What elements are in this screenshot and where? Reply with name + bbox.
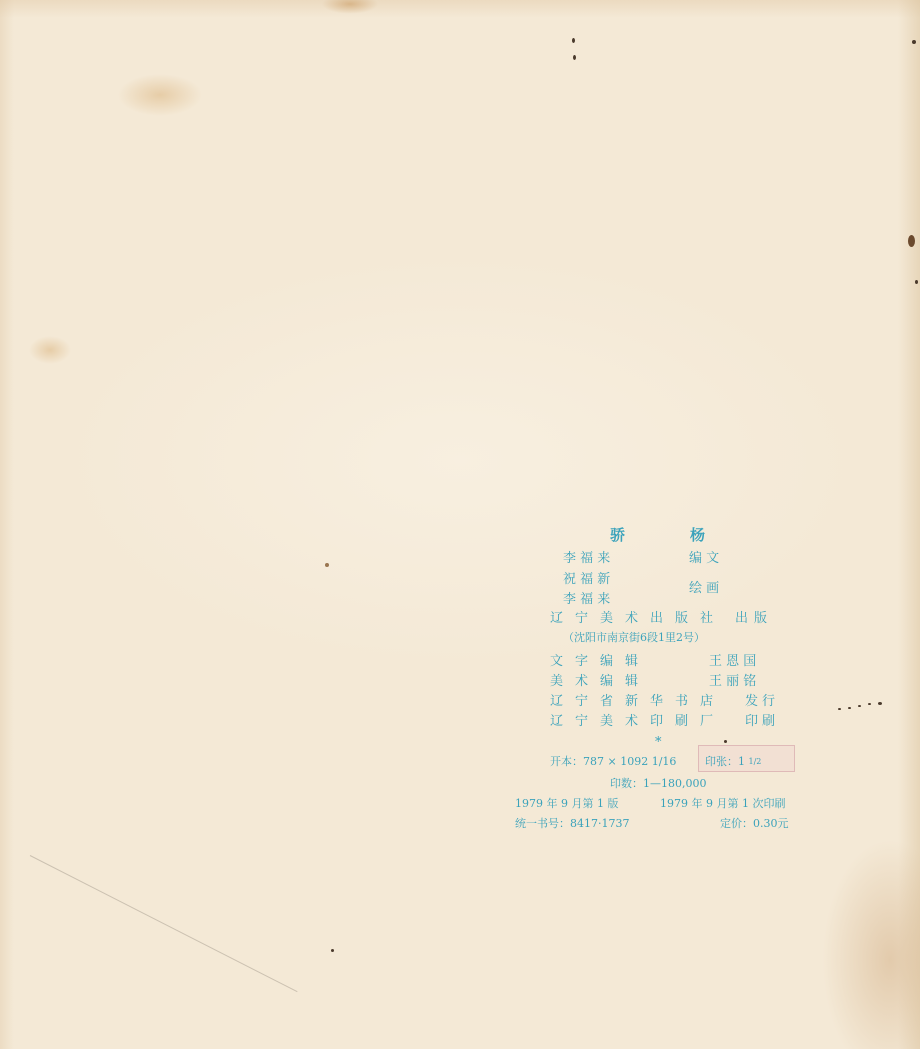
speck [838, 708, 841, 710]
speck [915, 280, 918, 284]
price-value: 0.30元 [753, 817, 789, 830]
speck [331, 949, 334, 952]
speck [912, 40, 916, 44]
format-line: 开本：787 × 1092 1/16 [550, 752, 676, 771]
publisher-action: 出版 [735, 609, 773, 628]
sheets-label: 印张： [705, 755, 738, 768]
title-right: 杨 [690, 526, 705, 545]
print-run-value: 1—180,000 [643, 777, 707, 790]
sheets-whole: 1 [738, 755, 745, 768]
speck [573, 55, 576, 60]
distributor-name: 辽宁省新华书店 [550, 692, 725, 711]
credit-name: 李 福 来 [563, 549, 610, 568]
publisher-name: 辽宁美术出版社 [550, 609, 725, 628]
book-number-value: 8417·1737 [570, 817, 630, 830]
print-run-line: 印数：1—180,000 [610, 774, 707, 793]
credit-role: 编 文 [689, 549, 719, 568]
book-number-line: 统一书号：8417·1737 [515, 814, 630, 833]
sheets-line: 印张：1 1/2 [705, 752, 761, 771]
text-editor-name: 王 恩 国 [709, 652, 756, 671]
printer-name: 辽宁美术印刷厂 [550, 712, 725, 731]
speck [572, 38, 575, 43]
speck [325, 563, 329, 567]
art-editor-name: 王 丽 铭 [709, 672, 756, 691]
art-editor-label: 美术编辑 [550, 672, 650, 691]
edition-line: 1979 年 9 月第 1 版 [515, 794, 618, 813]
distributor-action: 发行 [745, 692, 779, 711]
speck [908, 235, 915, 247]
separator-asterisk: * [655, 733, 662, 752]
speck [858, 705, 861, 707]
printing-line: 1979 年 9 月第 1 次印刷 [660, 794, 785, 813]
book-number-label: 统一书号： [515, 817, 570, 830]
speck [848, 707, 851, 709]
speck [878, 702, 882, 705]
format-label: 开本： [550, 755, 583, 768]
speck [868, 703, 871, 705]
print-run-label: 印数： [610, 777, 643, 790]
sheets-fraction: 1/2 [749, 758, 762, 766]
credit-name: 祝 福 新 [563, 570, 610, 589]
format-fraction: 1/16 [652, 755, 677, 768]
credit-role: 绘 画 [689, 579, 719, 598]
credit-name: 李 福 来 [563, 590, 610, 609]
printer-action: 印刷 [745, 712, 779, 731]
title-left: 骄 [610, 526, 625, 545]
price-label: 定价： [720, 817, 753, 830]
text-editor-label: 文字编辑 [550, 652, 650, 671]
price-line: 定价：0.30元 [720, 814, 789, 833]
speck [724, 740, 727, 743]
paper-crease [30, 855, 298, 992]
format-value: 787 × 1092 [583, 755, 648, 768]
book-back-cover: 骄 杨 李 福 来 编 文 祝 福 新 绘 画 李 福 来 辽宁美术出版社 出版… [0, 0, 920, 1049]
publisher-address: （沈阳市南京街6段1里2号） [563, 628, 705, 647]
